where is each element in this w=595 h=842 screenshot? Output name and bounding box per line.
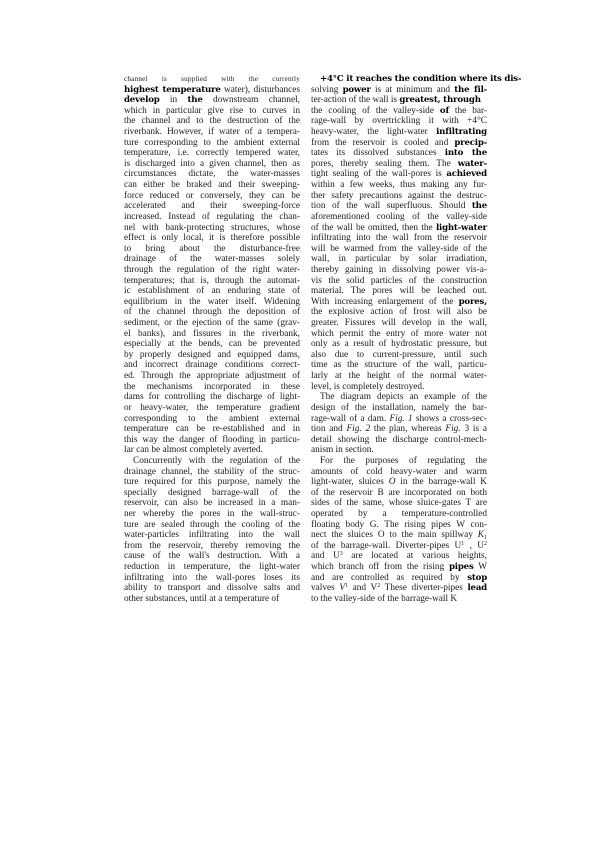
text-line: ed. Through the appropriate adjustment o… (124, 371, 300, 382)
text-line: ture corresponding to the ambient extern… (124, 138, 300, 149)
text-line: ter-action of the wall is greatest, thro… (311, 95, 487, 106)
bold-text: the (472, 201, 487, 211)
bold-text: stop (467, 573, 487, 583)
text-line: temperature, i.e. correctly tempered wat… (124, 148, 300, 159)
text-segment: tion of the wall superfluous. Should (311, 201, 472, 211)
italic-text: Fig. 2 (346, 424, 370, 434)
bold-text: precip- (454, 138, 487, 148)
bold-text: the fil- (454, 85, 487, 95)
text-line: this way the danger of flooding in parti… (124, 435, 300, 446)
text-line: from the reservoir is cooled and precip- (311, 138, 487, 149)
text-line: and U3 are located at various heights, (311, 551, 487, 562)
text-line: infiltrating into the wall from the rese… (311, 233, 487, 244)
text-line: other substances, until at a temperature… (124, 594, 300, 605)
text-segment: , U (464, 541, 484, 551)
text-line: cause of the wall's destruction. With a (124, 551, 300, 562)
text-line: force reduced or conversely, they can be (124, 191, 300, 202)
text-line: the channel and to the destruction of th… (124, 116, 300, 127)
text-line: dams for controlling the discharge of li… (124, 392, 300, 403)
text-line: floating body G. The rising pipes W con- (311, 520, 487, 531)
text-segment: water), disturbances (221, 85, 300, 95)
text-line: tight sealing of the wall-pores is achie… (311, 169, 487, 180)
text-line: to the valley-side of the barrage-wall K (311, 594, 487, 605)
text-segment: heavy-water, the light-water (311, 127, 436, 137)
text-line: increased. Instead of regulating the cha… (124, 212, 300, 223)
bold-text: into the (445, 148, 487, 158)
text-line: reservoir, can also be increased in a ma… (124, 498, 300, 509)
text-segment: in the barrage-wall K (395, 477, 487, 487)
text-line: of the wall be omitted, then the light-w… (311, 223, 487, 234)
text-line: The diagram depicts an example of the (311, 392, 487, 403)
bold-text: water- (458, 159, 487, 169)
text-line: tates its dissolved substances into the (311, 148, 487, 159)
text-line: drainage channel, the stability of the s… (124, 467, 300, 478)
text-line: ability to transport and dissolve salts … (124, 583, 300, 594)
text-line: rage-wall by overtrickling it with +4°C (311, 116, 487, 127)
text-line: larly at the height of the normal water- (311, 371, 487, 382)
bold-text: pipes (449, 562, 474, 572)
text-line: especially at the bends, can be prevente… (124, 339, 300, 350)
text-line: material. The pores will be leached out. (311, 286, 487, 297)
text-line: reduction in temperature, the light-wate… (124, 562, 300, 573)
text-line: and are controlled as required by stop (311, 573, 487, 584)
text-line: within a few weeks, thus making any fur- (311, 180, 487, 191)
italic-text: Fig. (445, 424, 460, 434)
text-line: accelerated and their sweeping-force (124, 201, 300, 212)
text-line: light-water, sluices O in the barrage-wa… (311, 477, 487, 488)
text-line: thereby gaining in dissolving power vis-… (311, 265, 487, 276)
text-line: also due to current-pressure, until such (311, 350, 487, 361)
text-line: the mechanisms incorporated in these (124, 382, 300, 393)
text-line: will be warmed from the valley-side of t… (311, 244, 487, 255)
text-line: channel is supplied with the currently (124, 74, 300, 85)
text-segment: ter-action of the wall is (311, 95, 399, 105)
text-segment: are located at various heights, (343, 551, 487, 561)
text-segment: the plan, whereas (370, 424, 445, 434)
text-line: heavy-water, the light-water infiltratin… (311, 127, 487, 138)
text-line: temperature can be re-established and in (124, 424, 300, 435)
text-line: which in particular give rise to curves … (124, 106, 300, 117)
text-segment: tion and (311, 424, 346, 434)
bold-text: greatest, through (399, 95, 480, 105)
text-line: level, is completely destroyed. (311, 382, 487, 393)
text-line: detail showing the discharge control-mec… (311, 435, 487, 446)
text-line: highest temperature water), disturbances (124, 85, 300, 96)
text-line: greater. Fissures will develop in the wa… (311, 318, 487, 329)
text-line: ner whereby the pores in the wall-struc- (124, 509, 300, 520)
text-line: ic establishment of an enduring state of (124, 286, 300, 297)
text-line: the explosive action of frost will also … (311, 307, 487, 318)
text-line: riverbank. However, if water of a temper… (124, 127, 300, 138)
text-segment: is at minimum and (371, 85, 455, 95)
bold-text: pores, (459, 297, 487, 307)
text-line: is discharged into a given channel, then… (124, 159, 300, 170)
text-line: temperatures; that is, through the autom… (124, 276, 300, 287)
text-segment: in (160, 95, 188, 105)
superscript: 2 (484, 541, 487, 547)
text-line: which branch off from the rising pipes W (311, 562, 487, 573)
text-line: pores, thereby sealing them. The water- (311, 159, 487, 170)
text-line: only as a result of hydrostatic pressure… (311, 339, 487, 350)
text-segment: from the reservoir is cooled and (311, 138, 454, 148)
text-line: infiltrating into the wall-pores loses i… (124, 573, 300, 584)
text-segment: tates its dissolved substances (311, 148, 445, 158)
text-line: ther safety precautions against the dest… (311, 191, 487, 202)
text-line: solving power is at minimum and the fil- (311, 85, 487, 96)
text-segment: valves (311, 583, 339, 593)
text-line: valves V1 and V2 These diverter-pipes le… (311, 583, 487, 594)
text-line: aforementioned cooling of the valley-sid… (311, 212, 487, 223)
text-line: For the purposes of regulating the (311, 456, 487, 467)
text-line: +4°C it reaches the condition where its … (311, 74, 487, 85)
bold-text: develop (124, 95, 160, 105)
text-line: tion of the wall superfluous. Should the (311, 201, 487, 212)
text-line: Concurrently with the regulation of the (124, 456, 300, 467)
document-page: channel is supplied with the currentlyhi… (0, 0, 595, 842)
text-segment: shows a cross-sec- (413, 414, 487, 424)
text-segment: light-water, sluices (311, 477, 389, 487)
text-line: through the regulation of the right wate… (124, 265, 300, 276)
text-segment: nect the sluices O to the main spillway (311, 530, 478, 540)
text-segment: which branch off from the rising (311, 562, 449, 572)
bold-text: achieved (446, 169, 487, 179)
bold-text: the (188, 95, 203, 105)
text-line: circumstances dictate, the water-masses (124, 169, 300, 180)
text-line: ture are sealed through the cooling of t… (124, 520, 300, 531)
text-segment: downstream channel, (203, 95, 300, 105)
text-segment: and are controlled as required by (311, 573, 467, 583)
bold-text: of (440, 106, 449, 116)
text-line: tion and Fig. 2 the plan, whereas Fig. 3… (311, 424, 487, 435)
text-line: design of the installation, namely the b… (311, 403, 487, 414)
text-line: sediment, or the ejection of the same (g… (124, 318, 300, 329)
text-line: operated by a temperature-controlled (311, 509, 487, 520)
text-line: and incorrect drainage conditions correc… (124, 360, 300, 371)
text-line: can either be braked and their sweeping- (124, 180, 300, 191)
text-line: which permit the entry of more water not (311, 329, 487, 340)
text-line: the cooling of the valley-side of the ba… (311, 106, 487, 117)
text-segment: W (474, 562, 487, 572)
bold-text: lead (467, 583, 487, 593)
text-segment: pores, thereby sealing them. The (311, 159, 458, 169)
text-line: or heavy-water, the temperature gradient (124, 403, 300, 414)
italic-text: Fig. 1 (389, 414, 412, 424)
text-segment: rage-wall of a dam. (311, 414, 389, 424)
text-line: lar can be almost completely averted. (124, 445, 300, 456)
text-line: drainage of the water-masses solely (124, 254, 300, 265)
text-line: equilibrium in the water itself. Widenin… (124, 297, 300, 308)
text-line: by properly designed and equipped dams, (124, 350, 300, 361)
bold-text: highest temperature (124, 85, 221, 95)
text-line: specially designed barrage-wall of the (124, 488, 300, 499)
text-segment: and V (348, 583, 377, 593)
right-text-column: +4°C it reaches the condition where its … (311, 74, 487, 604)
text-segment: With increasing enlargement of the (311, 297, 459, 307)
text-line: time as the structure of the wall, parti… (311, 360, 487, 371)
text-segment: the cooling of the valley-side (311, 106, 440, 116)
text-line: from the reservoir, thereby removing the (124, 541, 300, 552)
text-line: nect the sluices O to the main spillway … (311, 530, 487, 541)
bold-text: infiltrating (436, 127, 487, 137)
text-line: of the barrage-wall. Diverter-pipes U1 ,… (311, 541, 487, 552)
text-line: ture required for this purpose, namely t… (124, 477, 300, 488)
text-line: corresponding to the ambient external (124, 414, 300, 425)
text-segment: tight sealing of the wall-pores is (311, 169, 446, 179)
bold-text: +4°C it reaches the condition where its … (320, 74, 521, 84)
bold-text: light-water (436, 223, 487, 233)
text-line: nel with bank-protecting structures, who… (124, 223, 300, 234)
text-segment: of the barrage-wall. Diverter-pipes U (311, 541, 461, 551)
text-line: amounts of cold heavy-water and warm (311, 467, 487, 478)
text-line: to bring about the disturbance-free (124, 244, 300, 255)
text-line: wall, in particular by solar irradiation… (311, 254, 487, 265)
text-segment: and U (311, 551, 340, 561)
text-segment: of the wall be omitted, then the (311, 223, 436, 233)
text-line: water-particles infiltrating into the wa… (124, 530, 300, 541)
text-line: el banks), and fissures in the riverbank… (124, 329, 300, 340)
text-line: of the channel through the deposition of (124, 307, 300, 318)
text-line: of the reservoir B are incorporated on b… (311, 488, 487, 499)
text-line: sides of the same, whose sluice-gates T … (311, 498, 487, 509)
text-line: rage-wall of a dam. Fig. 1 shows a cross… (311, 414, 487, 425)
text-segment: 3 is a (461, 424, 487, 434)
text-line: develop in the downstream channel, (124, 95, 300, 106)
text-segment: the bar- (449, 106, 487, 116)
left-text-column: channel is supplied with the currentlyhi… (124, 74, 300, 604)
text-line: effect is only local, it is therefore po… (124, 233, 300, 244)
text-segment: solving (311, 85, 343, 95)
bold-text: power (343, 85, 371, 95)
text-line: anism in section. (311, 445, 487, 456)
text-line: With increasing enlargement of the pores… (311, 297, 487, 308)
text-segment: These diverter-pipes (380, 583, 467, 593)
text-line: vis the solid particles of the construct… (311, 276, 487, 287)
